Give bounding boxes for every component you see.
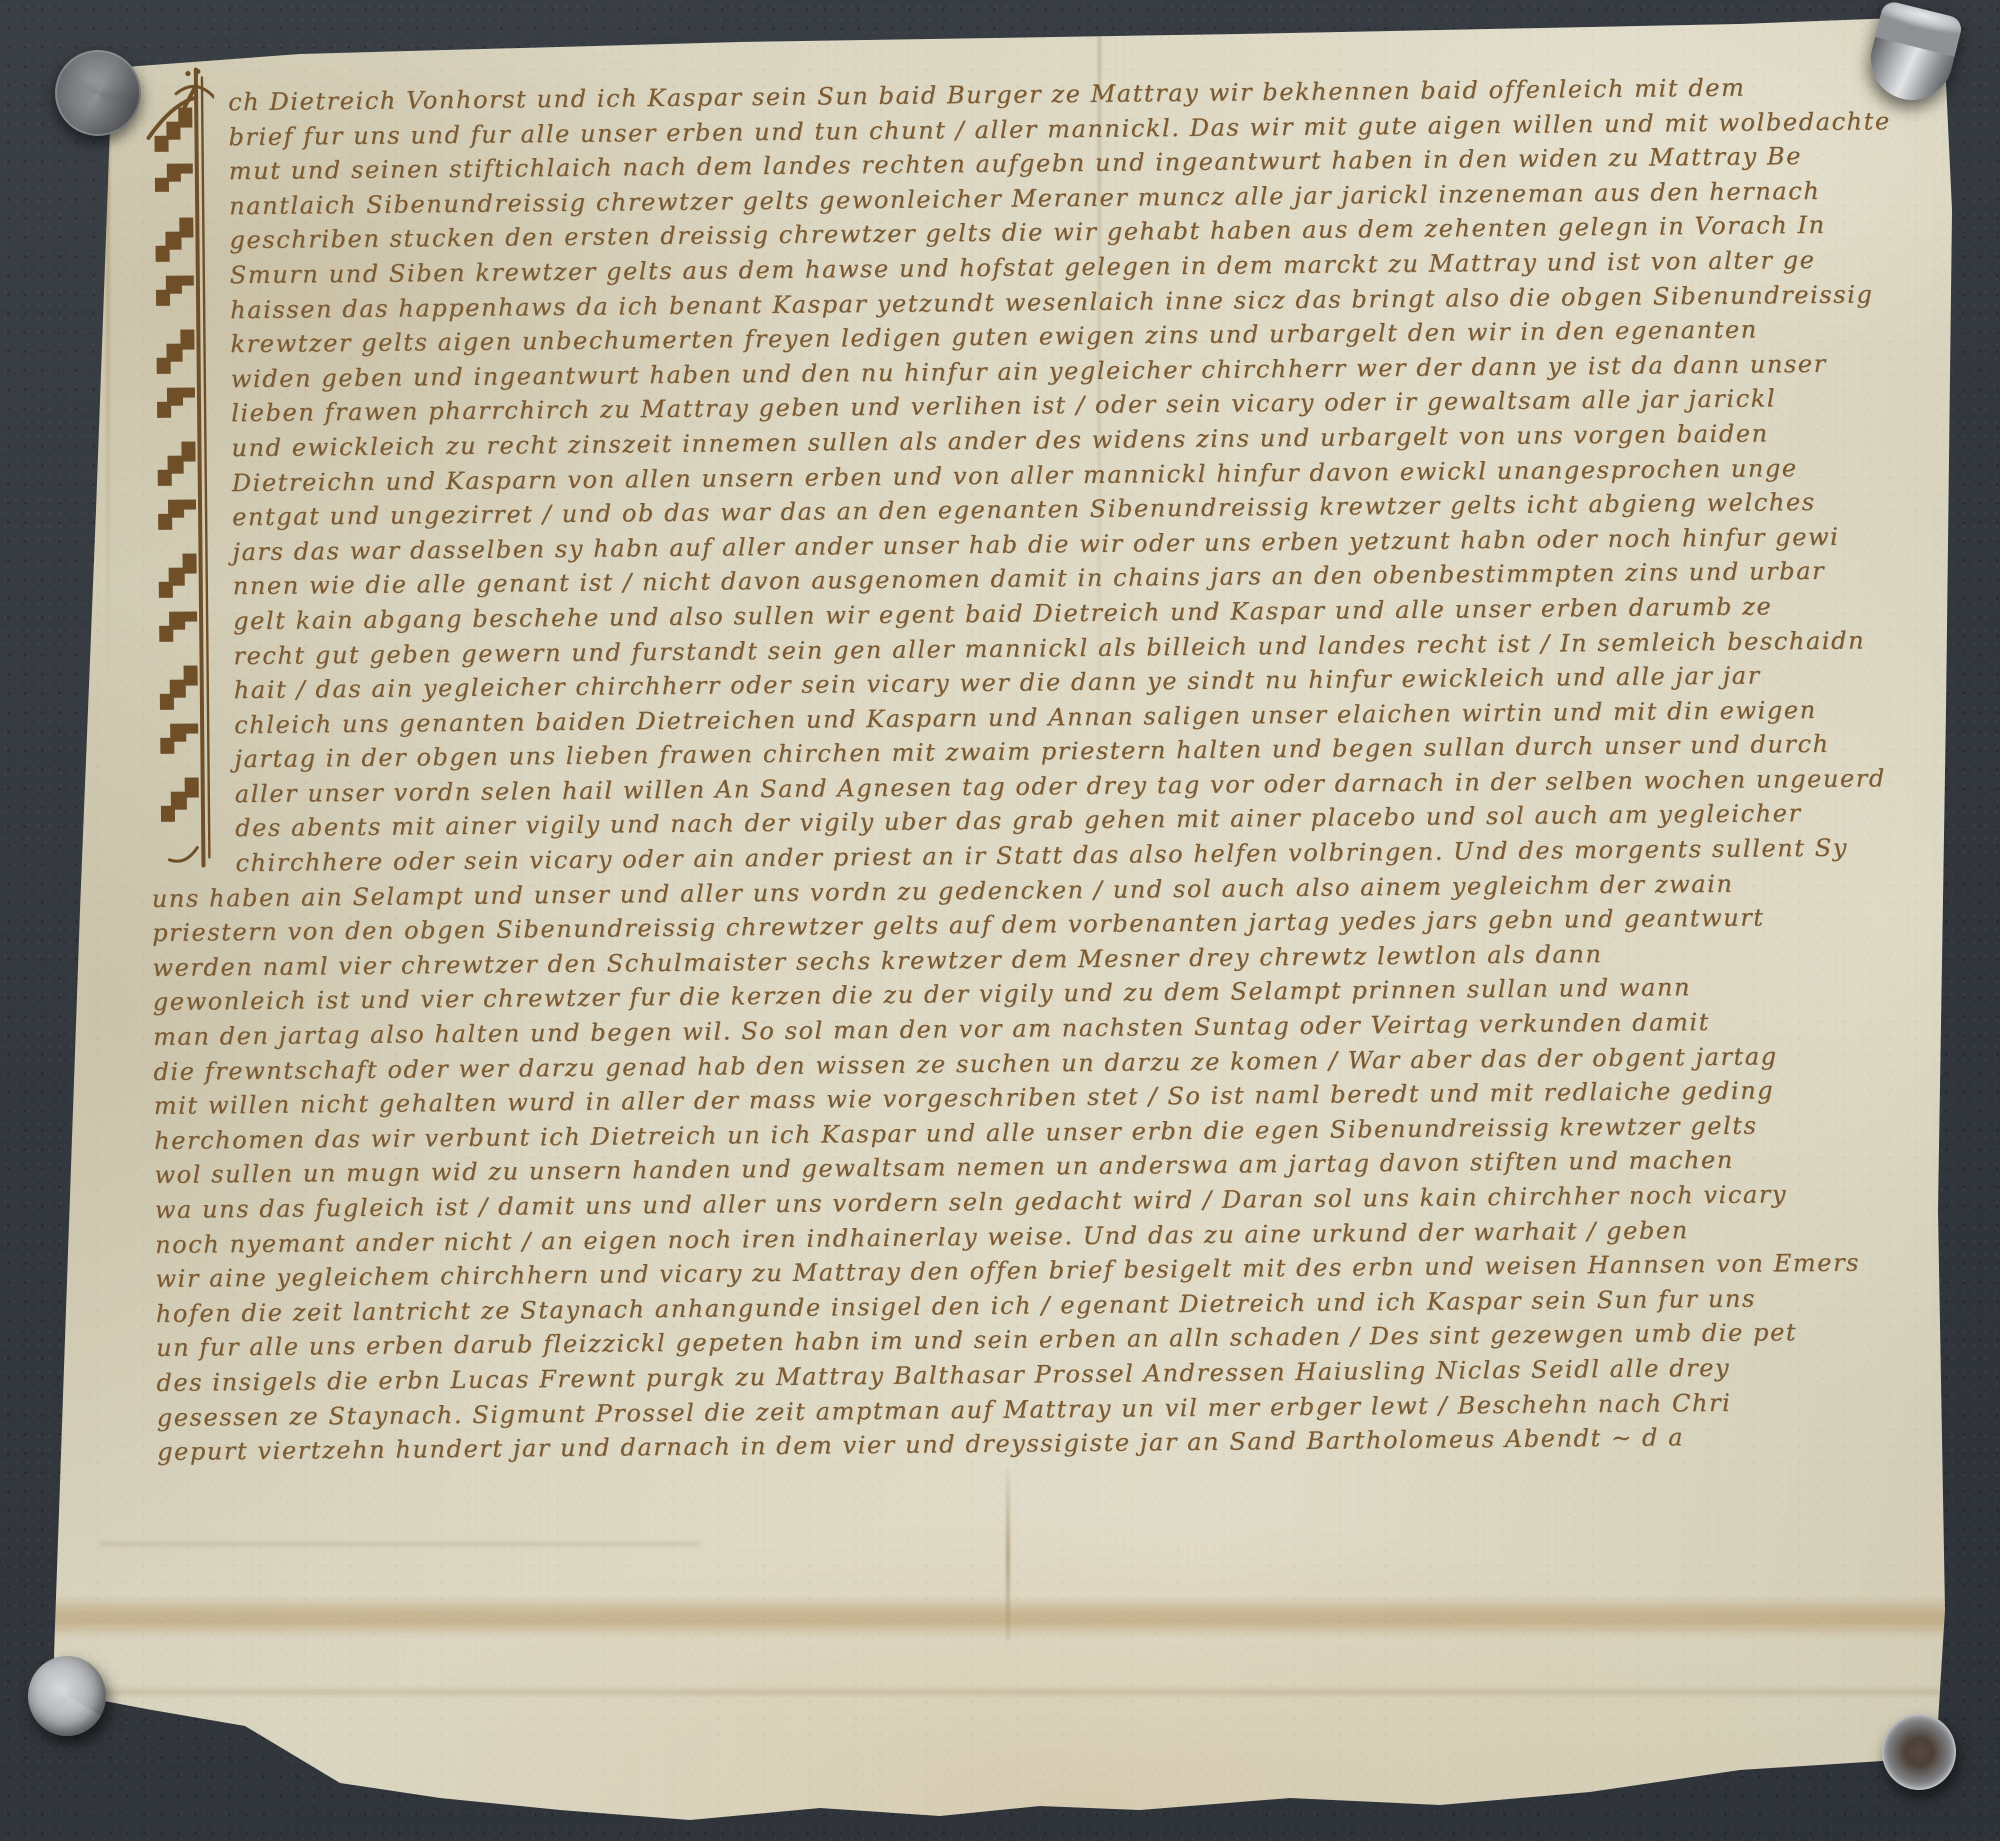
metal-weight-top-left	[55, 50, 141, 136]
photo-background: c	[0, 0, 2000, 1841]
fold-crease-mid-horizontal	[100, 1540, 700, 1548]
charter-text: ch Dietreich Vonhorst und ich Kaspar sei…	[144, 69, 1930, 1506]
fold-crease-left-vertical	[106, 50, 110, 670]
metal-weight-bottom-left	[28, 1656, 106, 1736]
metal-weight-bottom-right	[1882, 1714, 1956, 1790]
fold-crease-plica-band	[40, 1596, 1960, 1638]
parchment: c	[40, 10, 1960, 1825]
fold-crease-lower-horizontal	[40, 1686, 1960, 1698]
illuminated-initial-I	[138, 67, 222, 868]
